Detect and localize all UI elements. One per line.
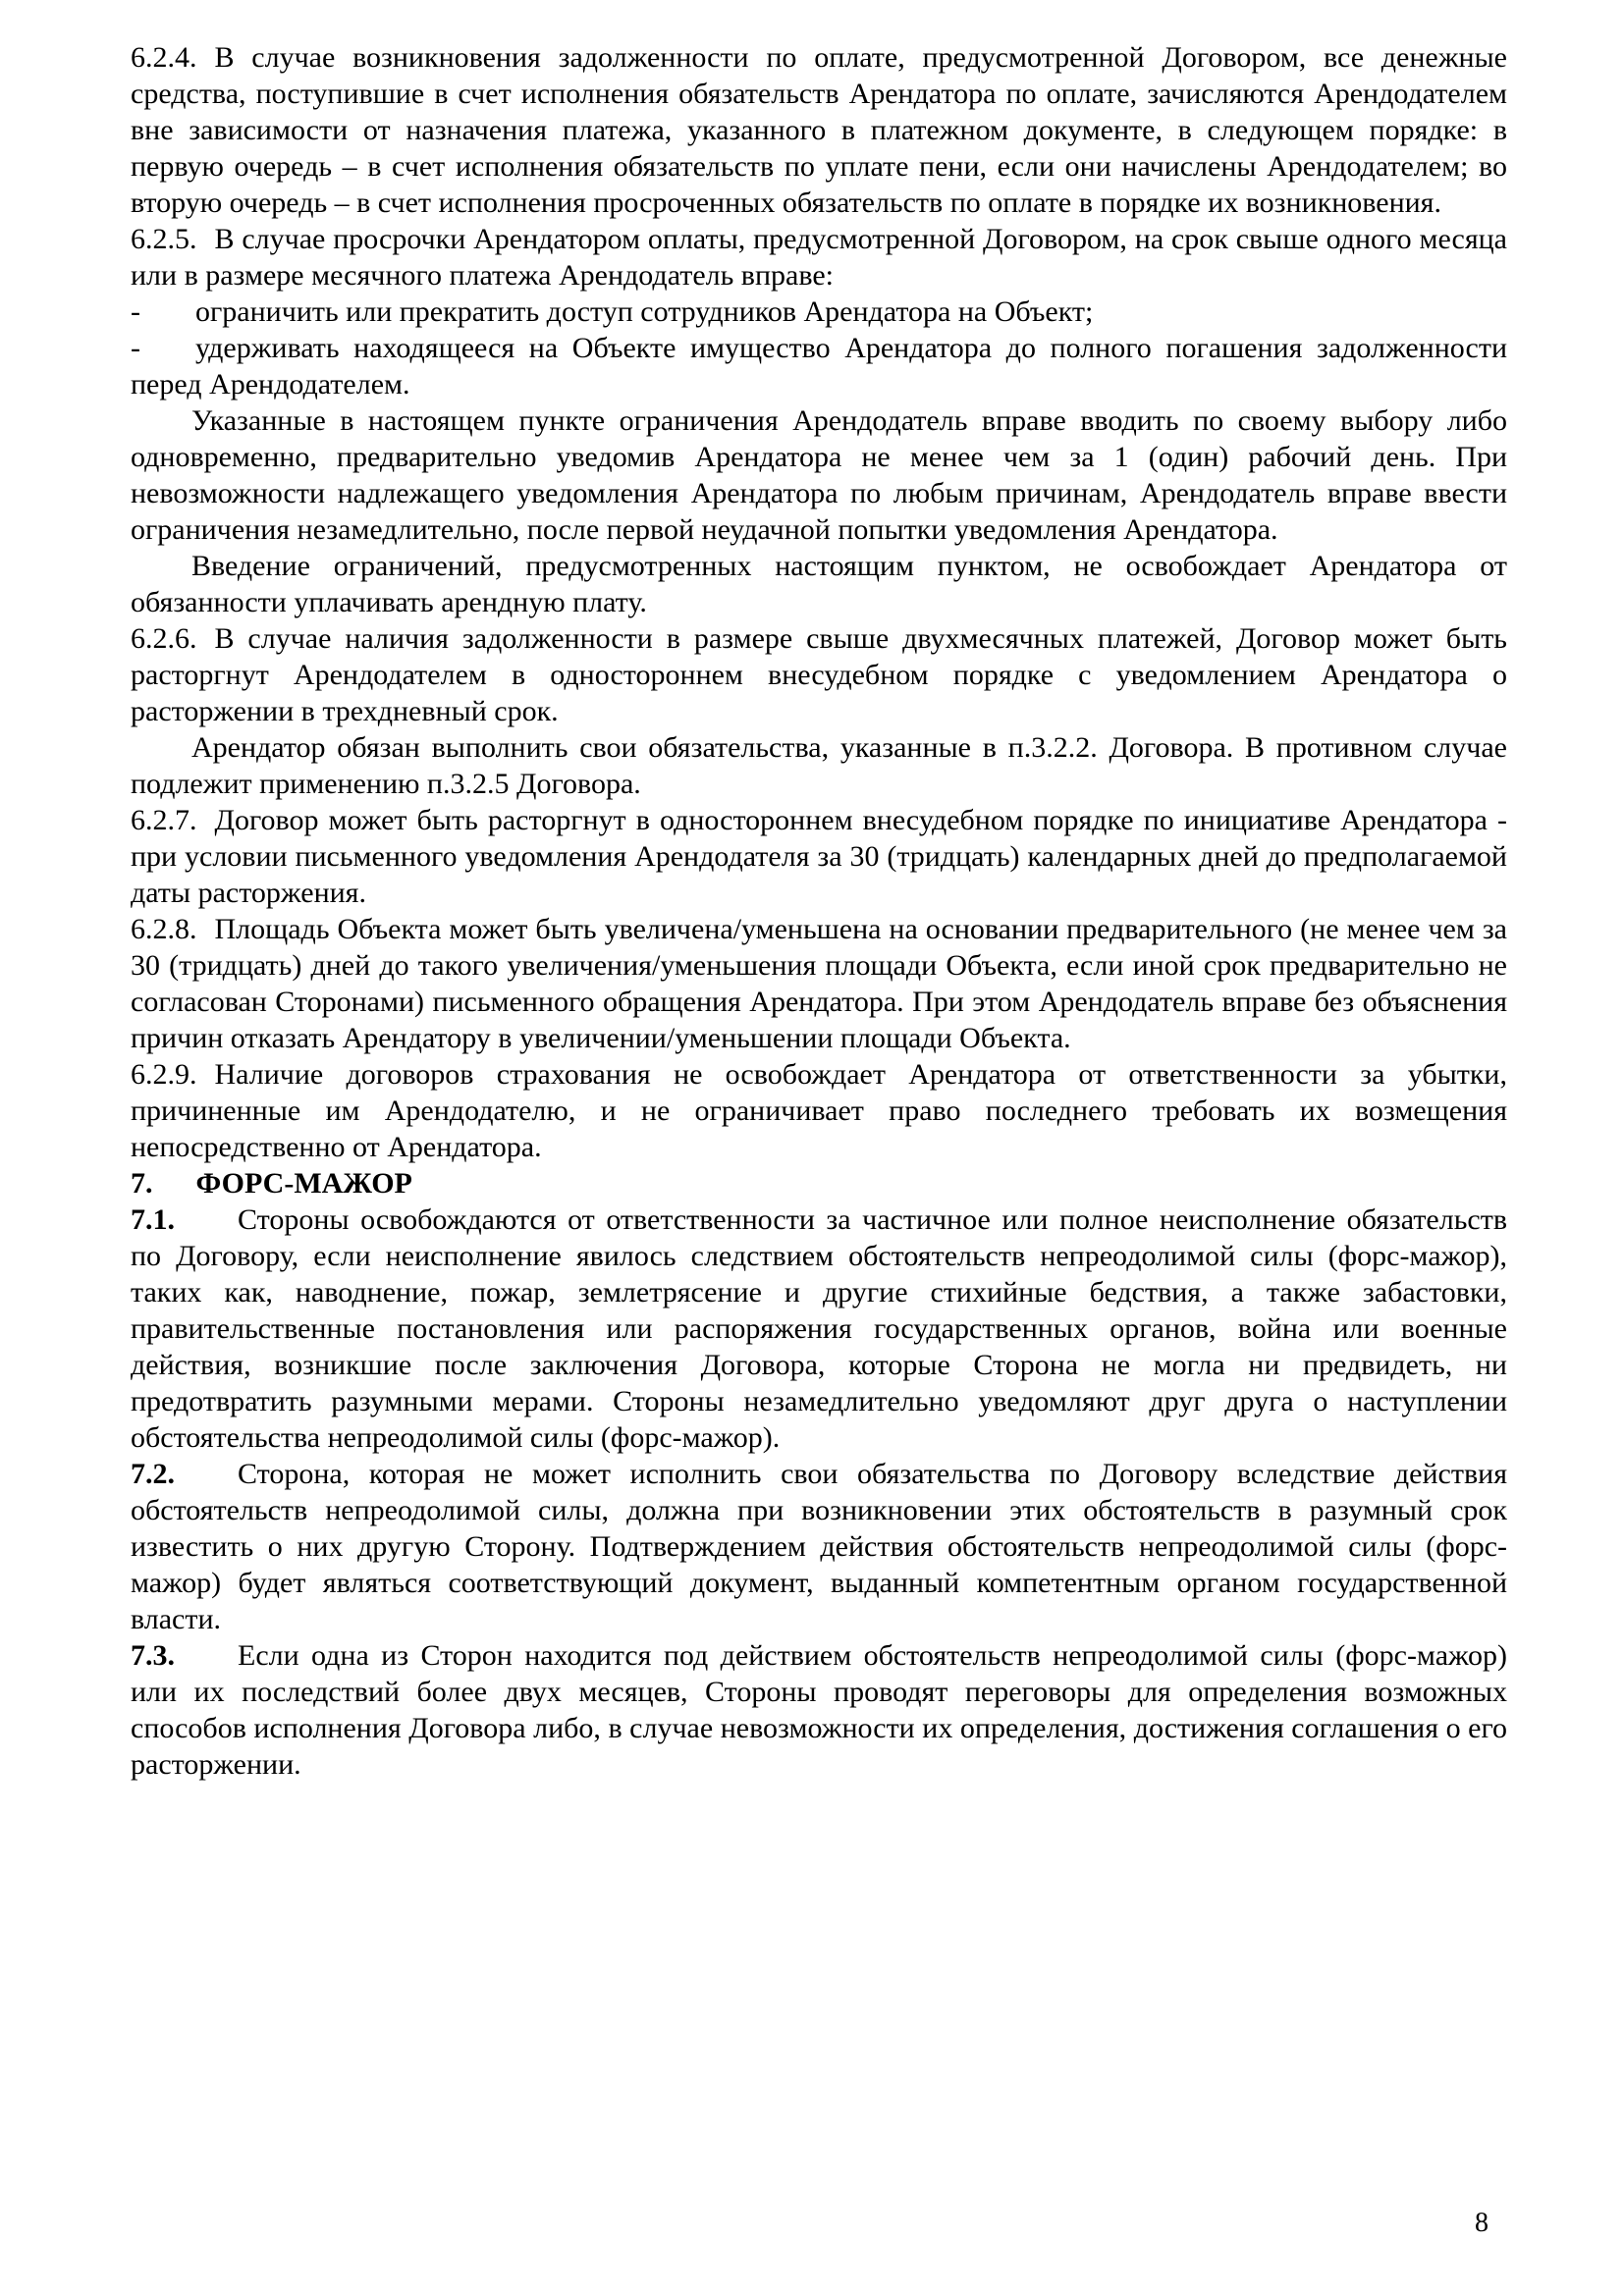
clause-number: 7.1. [131,1203,175,1236]
paragraph-text: Введение ограничений, предусмотренных на… [131,550,1507,618]
paragraph: Арендатор обязан выполнить свои обязател… [131,729,1507,802]
paragraph-text: Площадь Объекта может быть увеличена/уме… [131,913,1507,1054]
paragraph: 6.2.6.В случае наличия задолженности в р… [131,620,1507,729]
paragraph: 7.3.Если одна из Сторон находится под де… [131,1637,1507,1783]
section-title: ФОРС-МАЖОР [196,1167,412,1200]
paragraph-text: Указанные в настоящем пункте ограничения… [131,404,1507,546]
page-number: 8 [1475,2208,1489,2239]
paragraph-text: удерживать находящееся на Объекте имущес… [131,332,1507,400]
bullet-dash: - [131,294,195,330]
paragraph: 6.2.4.В случае возникновения задолженнос… [131,39,1507,221]
clause-number: 7.3. [131,1639,175,1672]
paragraph: 6.2.5.В случае просрочки Арендатором опл… [131,221,1507,294]
bullet-dash: - [131,330,195,366]
paragraph-text: Стороны освобождаются от ответственности… [131,1203,1507,1454]
clause-number: 6.2.5. [131,223,197,255]
paragraph: 6.2.9.Наличие договоров страхования не о… [131,1056,1507,1165]
section-heading: 7.ФОРС-МАЖОР [131,1165,1507,1201]
document-page: 6.2.4.В случае возникновения задолженнос… [0,0,1624,2296]
bullet-item: -ограничить или прекратить доступ сотруд… [131,294,1507,330]
paragraph-text: Арендатор обязан выполнить свои обязател… [131,731,1507,800]
section-number: 7. [131,1167,153,1200]
paragraph: 6.2.8.Площадь Объекта может быть увеличе… [131,911,1507,1056]
clause-number: 6.2.9. [131,1058,197,1091]
bullet-item: -удерживать находящееся на Объекте имуще… [131,330,1507,402]
clause-number: 7.2. [131,1458,175,1490]
paragraph-text: В случае наличия задолженности в размере… [131,622,1507,727]
document-body: 6.2.4.В случае возникновения задолженнос… [131,39,1507,1783]
paragraph-text: В случае просрочки Арендатором оплаты, п… [131,223,1507,292]
paragraph-text: ограничить или прекратить доступ сотрудн… [195,295,1093,328]
paragraph-text: Наличие договоров страхования не освобож… [131,1058,1507,1163]
clause-number: 6.2.4. [131,41,197,74]
paragraph-text: Договор может быть расторгнут в одностор… [131,804,1507,909]
paragraph: Введение ограничений, предусмотренных на… [131,548,1507,620]
paragraph-text: В случае возникновения задолженности по … [131,41,1507,219]
paragraph: 6.2.7.Договор может быть расторгнут в од… [131,802,1507,911]
clause-number: 6.2.6. [131,622,197,655]
paragraph: 7.1.Стороны освобождаются от ответственн… [131,1201,1507,1456]
paragraph: 7.2.Сторона, которая не может исполнить … [131,1456,1507,1637]
paragraph-text: Если одна из Сторон находится под действ… [131,1639,1507,1781]
clause-number: 6.2.8. [131,913,197,945]
paragraph-text: Сторона, которая не может исполнить свои… [131,1458,1507,1635]
paragraph: Указанные в настоящем пункте ограничения… [131,402,1507,548]
clause-number: 6.2.7. [131,804,197,836]
